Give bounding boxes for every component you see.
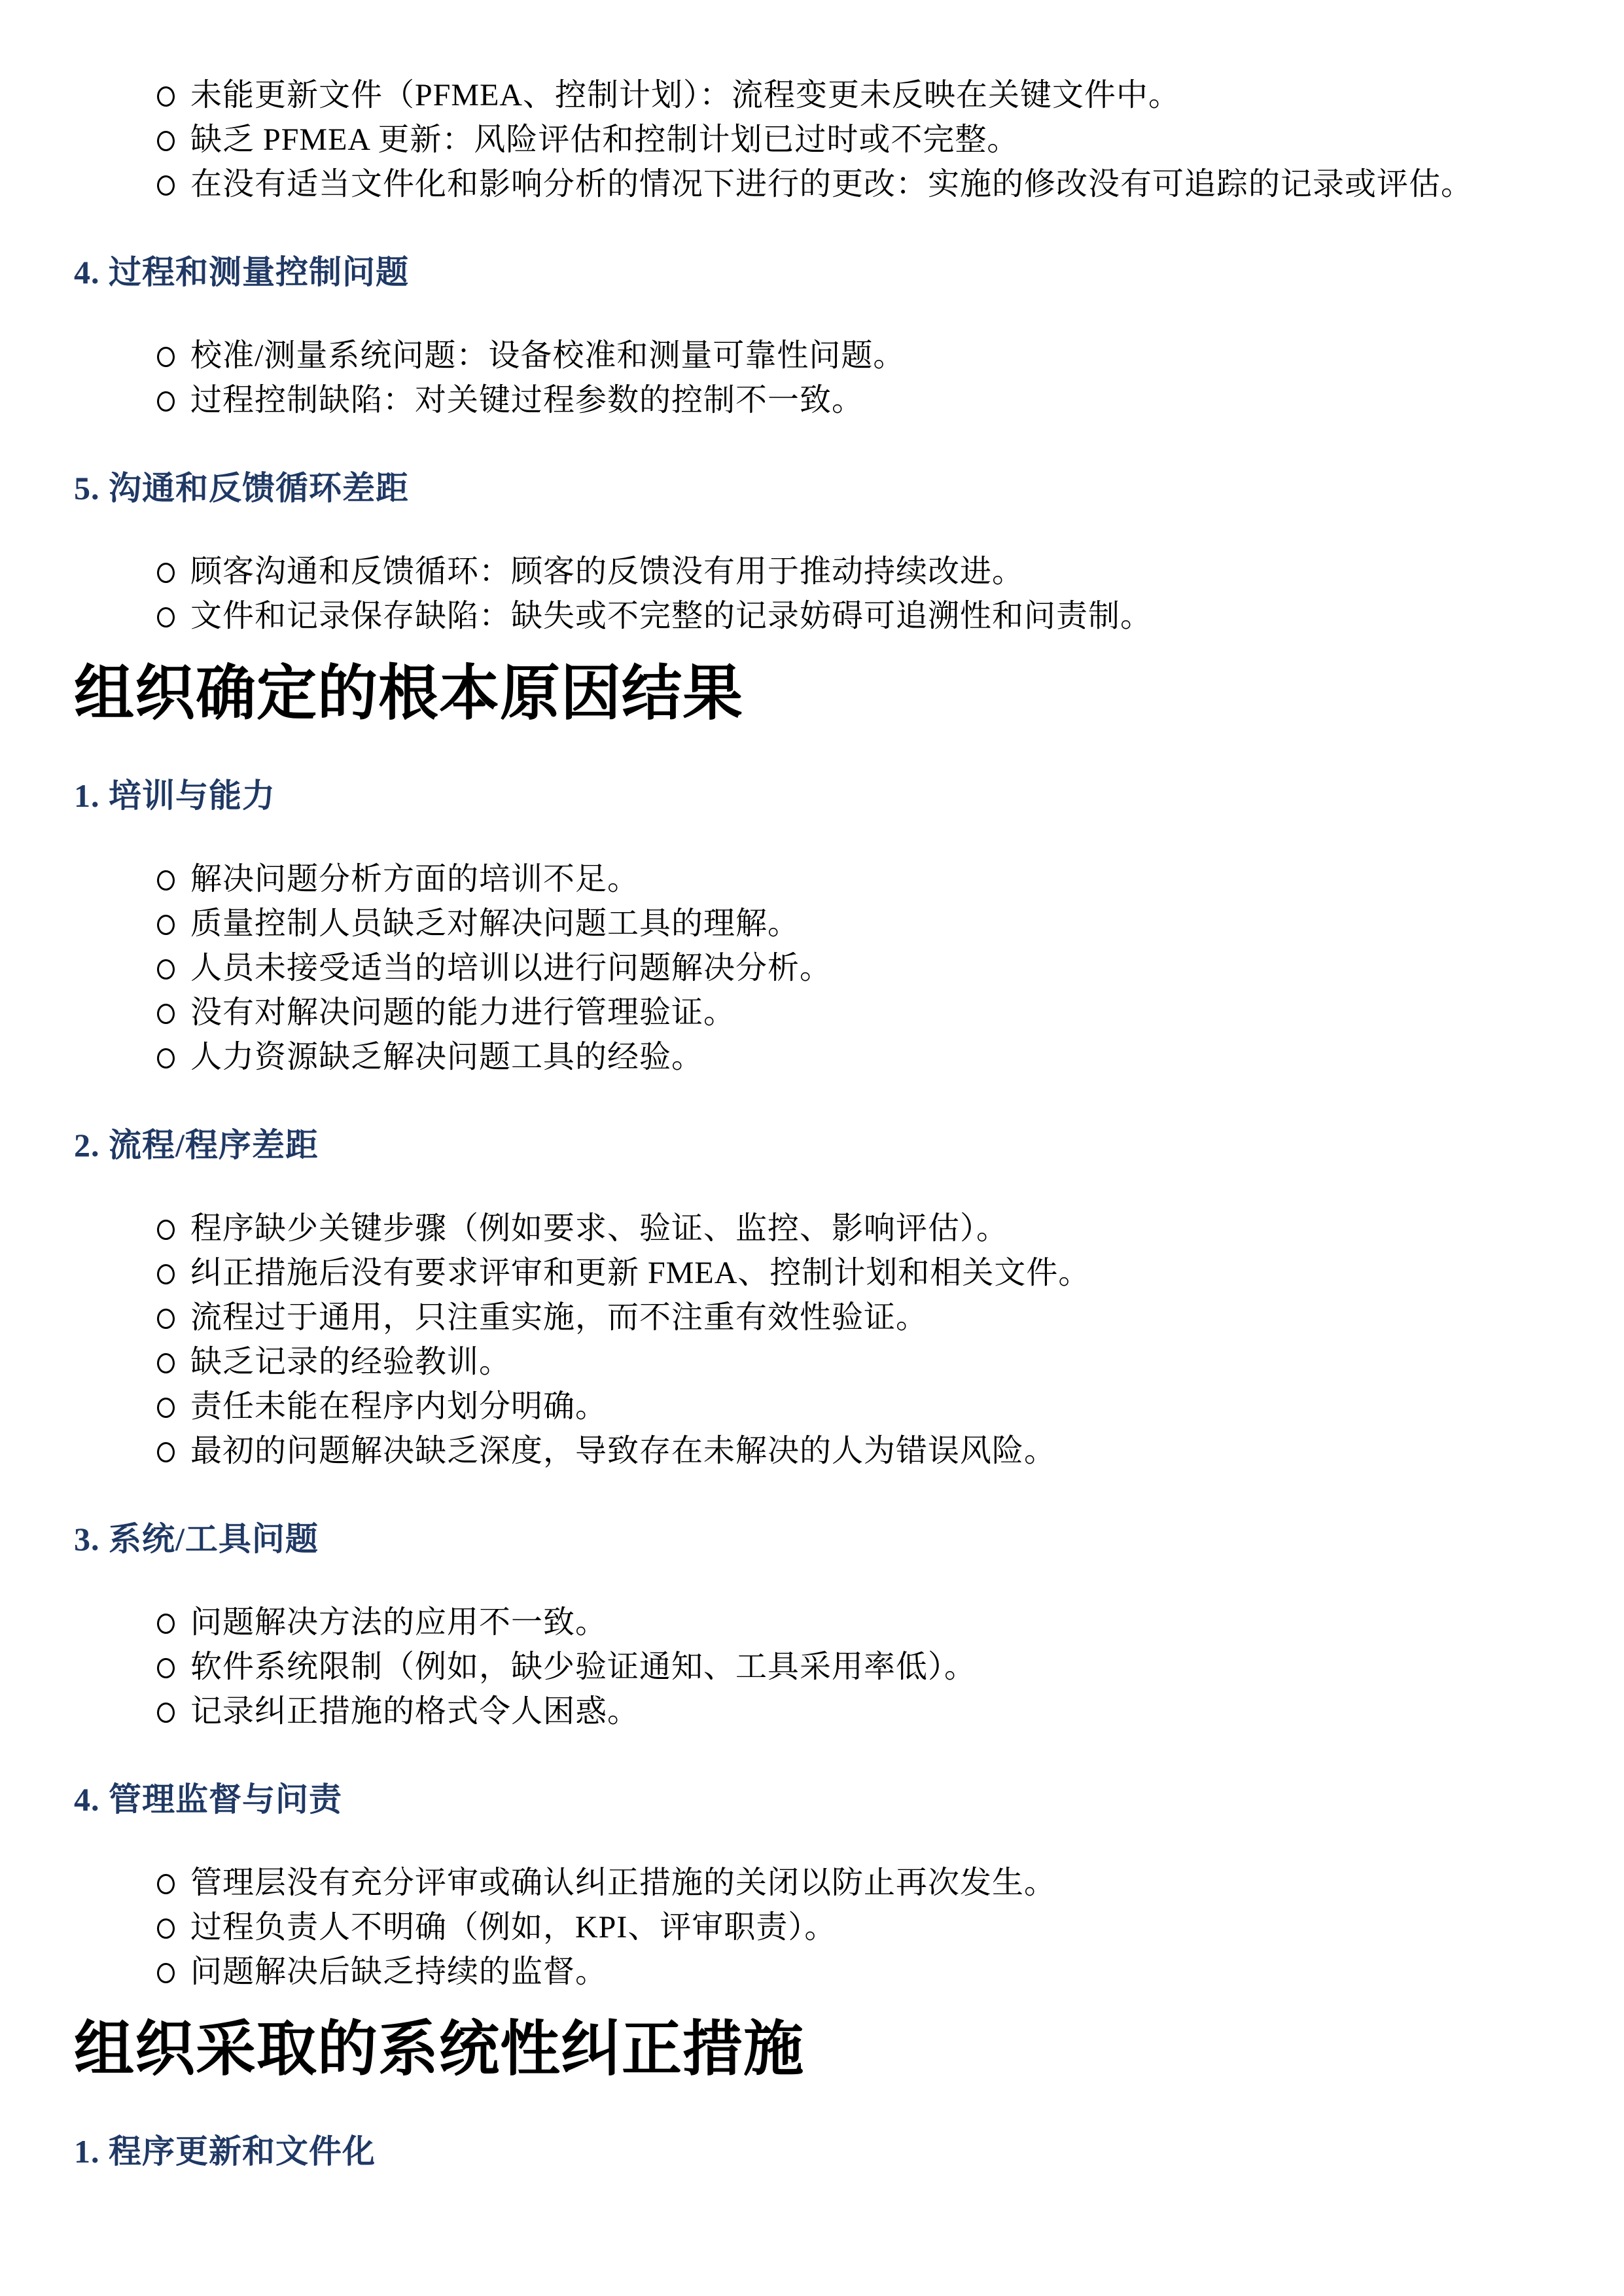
section-heading-process-and-measurement-control: 4. 过程和测量控制问题 [74,253,1550,292]
page-title-root-cause-results: 组织确定的根本原因结果 [74,657,1550,730]
list-item: 过程负责人不明确（例如，KPI、评审职责）。 [74,1905,1550,1950]
list-item-text: 人员未接受适当的培训以进行问题解决分析。 [190,946,1550,991]
list-item: 顾客沟通和反馈循环：顾客的反馈没有用于推动持续改进。 [74,550,1550,594]
section-heading-system-tool-issues: 3. 系统/工具问题 [74,1519,1550,1559]
list-item-text: 文件和记录保存缺陷：缺失或不完整的记录妨碍可追溯性和问责制。 [190,594,1550,639]
circle-bullet-icon [157,1398,175,1418]
list-item: 没有对解决问题的能力进行管理验证。 [74,991,1550,1035]
bullet-list-system-tool-issues: 问题解决方法的应用不一致。 软件系统限制（例如，缺少验证通知、工具采用率低）。 … [74,1600,1550,1734]
circle-bullet-icon [157,1353,175,1373]
page-title-systemic-corrective-actions: 组织采取的系统性纠正措施 [74,2013,1550,2086]
bullet-list-training-competency: 解决问题分析方面的培训不足。 质量控制人员缺乏对解决问题工具的理解。 人员未接受… [74,857,1550,1080]
list-item: 在没有适当文件化和影响分析的情况下进行的更改：实施的修改没有可追踪的记录或评估。 [74,162,1550,207]
section-heading-management-oversight: 4. 管理监督与问责 [74,1780,1550,1819]
list-item: 过程控制缺陷：对关键过程参数的控制不一致。 [74,378,1550,423]
section-heading-communication-feedback-loop: 5. 沟通和反馈循环差距 [74,468,1550,508]
section-heading-procedure-update-documentation: 1. 程序更新和文件化 [74,2132,1550,2171]
list-item: 纠正措施后没有要求评审和更新 FMEA、控制计划和相关文件。 [74,1251,1550,1296]
circle-bullet-icon [157,131,175,151]
list-item: 程序缺少关键步骤（例如要求、验证、监控、影响评估）。 [74,1207,1550,1251]
list-item: 记录纠正措施的格式令人困惑。 [74,1689,1550,1734]
list-item: 缺乏记录的经验教训。 [74,1340,1550,1385]
list-item-text: 解决问题分析方面的培训不足。 [190,857,1550,902]
list-item: 解决问题分析方面的培训不足。 [74,857,1550,902]
document-page: 未能更新文件（PFMEA、控制计划）：流程变更未反映在关键文件中。 缺乏 PFM… [0,0,1624,2296]
list-item: 管理层没有充分评审或确认纠正措施的关闭以防止再次发生。 [74,1861,1550,1905]
list-item-text: 过程负责人不明确（例如，KPI、评审职责）。 [190,1905,1550,1950]
list-item: 人力资源缺乏解决问题工具的经验。 [74,1035,1550,1080]
list-item-text: 在没有适当文件化和影响分析的情况下进行的更改：实施的修改没有可追踪的记录或评估。 [190,162,1550,207]
list-item-text: 纠正措施后没有要求评审和更新 FMEA、控制计划和相关文件。 [190,1251,1550,1296]
list-item-text: 过程控制缺陷：对关键过程参数的控制不一致。 [190,378,1550,423]
circle-bullet-icon [157,1614,175,1634]
list-item-text: 人力资源缺乏解决问题工具的经验。 [190,1035,1550,1080]
circle-bullet-icon [157,347,175,367]
circle-bullet-icon [157,607,175,627]
list-item: 校准/测量系统问题：设备校准和测量可靠性问题。 [74,334,1550,378]
list-item: 文件和记录保存缺陷：缺失或不完整的记录妨碍可追溯性和问责制。 [74,594,1550,639]
circle-bullet-icon [157,86,175,107]
circle-bullet-icon [157,1309,175,1329]
bullet-list-management-oversight: 管理层没有充分评审或确认纠正措施的关闭以防止再次发生。 过程负责人不明确（例如，… [74,1861,1550,1994]
list-item-text: 最初的问题解决缺乏深度，导致存在未解决的人为错误风险。 [190,1429,1550,1474]
list-item: 缺乏 PFMEA 更新：风险评估和控制计划已过时或不完整。 [74,118,1550,162]
circle-bullet-icon [157,1004,175,1024]
list-item-text: 缺乏记录的经验教训。 [190,1340,1550,1385]
circle-bullet-icon [157,1220,175,1240]
section-heading-training-competency: 1. 培训与能力 [74,776,1550,815]
list-item: 软件系统限制（例如，缺少验证通知、工具采用率低）。 [74,1645,1550,1689]
list-item-text: 程序缺少关键步骤（例如要求、验证、监控、影响评估）。 [190,1207,1550,1251]
list-item-text: 未能更新文件（PFMEA、控制计划）：流程变更未反映在关键文件中。 [190,73,1550,118]
list-item-text: 质量控制人员缺乏对解决问题工具的理解。 [190,902,1550,946]
list-item-text: 问题解决方法的应用不一致。 [190,1600,1550,1645]
circle-bullet-icon [157,1703,175,1723]
circle-bullet-icon [157,1874,175,1894]
circle-bullet-icon [157,1264,175,1284]
circle-bullet-icon [157,175,175,196]
circle-bullet-icon [157,915,175,935]
circle-bullet-icon [157,1658,175,1678]
circle-bullet-icon [157,870,175,891]
list-item-text: 校准/测量系统问题：设备校准和测量可靠性问题。 [190,334,1550,378]
list-item: 质量控制人员缺乏对解决问题工具的理解。 [74,902,1550,946]
list-item-text: 问题解决后缺乏持续的监督。 [190,1950,1550,1994]
list-item: 问题解决后缺乏持续的监督。 [74,1950,1550,1994]
list-item: 问题解决方法的应用不一致。 [74,1600,1550,1645]
bullet-list-documentation-gaps: 未能更新文件（PFMEA、控制计划）：流程变更未反映在关键文件中。 缺乏 PFM… [74,73,1550,207]
list-item-text: 责任未能在程序内划分明确。 [190,1385,1550,1429]
bullet-list-process-procedure-gaps: 程序缺少关键步骤（例如要求、验证、监控、影响评估）。 纠正措施后没有要求评审和更… [74,1207,1550,1474]
list-item: 责任未能在程序内划分明确。 [74,1385,1550,1429]
circle-bullet-icon [157,1963,175,1983]
list-item-text: 顾客沟通和反馈循环：顾客的反馈没有用于推动持续改进。 [190,550,1550,594]
list-item: 未能更新文件（PFMEA、控制计划）：流程变更未反映在关键文件中。 [74,73,1550,118]
list-item: 最初的问题解决缺乏深度，导致存在未解决的人为错误风险。 [74,1429,1550,1474]
list-item-text: 管理层没有充分评审或确认纠正措施的关闭以防止再次发生。 [190,1861,1550,1905]
section-heading-process-procedure-gaps: 2. 流程/程序差距 [74,1125,1550,1165]
circle-bullet-icon [157,959,175,980]
list-item-text: 记录纠正措施的格式令人困惑。 [190,1689,1550,1734]
circle-bullet-icon [157,391,175,412]
list-item-text: 流程过于通用，只注重实施，而不注重有效性验证。 [190,1296,1550,1340]
circle-bullet-icon [157,1442,175,1462]
circle-bullet-icon [157,1918,175,1939]
list-item-text: 缺乏 PFMEA 更新：风险评估和控制计划已过时或不完整。 [190,118,1550,162]
list-item-text: 没有对解决问题的能力进行管理验证。 [190,991,1550,1035]
bullet-list-communication-feedback: 顾客沟通和反馈循环：顾客的反馈没有用于推动持续改进。 文件和记录保存缺陷：缺失或… [74,550,1550,639]
list-item: 流程过于通用，只注重实施，而不注重有效性验证。 [74,1296,1550,1340]
circle-bullet-icon [157,1048,175,1069]
circle-bullet-icon [157,563,175,583]
list-item-text: 软件系统限制（例如，缺少验证通知、工具采用率低）。 [190,1645,1550,1689]
bullet-list-process-measurement: 校准/测量系统问题：设备校准和测量可靠性问题。 过程控制缺陷：对关键过程参数的控… [74,334,1550,423]
list-item: 人员未接受适当的培训以进行问题解决分析。 [74,946,1550,991]
